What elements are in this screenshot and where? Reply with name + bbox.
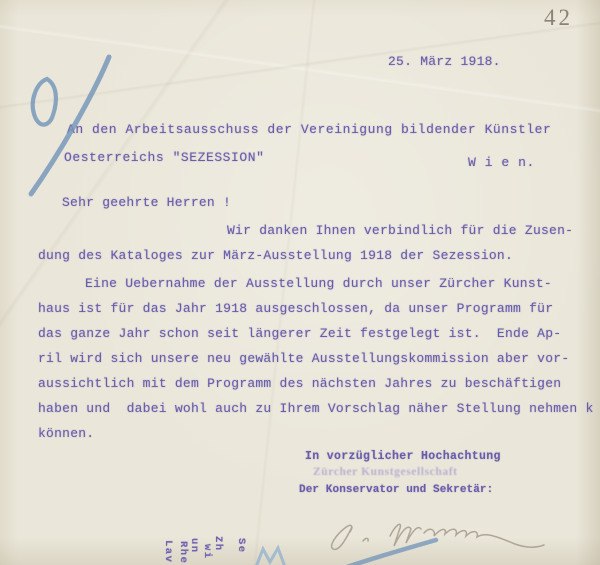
letter-date: 25. März 1918. <box>388 54 501 69</box>
recipient-city: W i e n. <box>468 155 535 170</box>
signature-title: Der Konservator und Sekretär: <box>299 484 493 496</box>
body-line: ril wird sich unsere neu gewählte Ausste… <box>38 351 569 366</box>
body-line: aussichtlich mit dem Programm des nächst… <box>38 376 561 391</box>
salutation: Sehr geehrte Herren ! <box>62 195 231 210</box>
recipient-line-2: Oesterreichs "SEZESSION" <box>64 150 264 165</box>
organization-stamp: Zürcher Kunstgesellschaft <box>313 466 458 478</box>
recipient-line-1: An den Arbeitsausschuss der Vereinigung … <box>67 122 551 137</box>
body-line: können. <box>38 426 94 441</box>
corner-stamp-fragment: wi <box>201 544 213 560</box>
corner-stamp-fragment: Se <box>235 538 247 554</box>
body-line: Wir danken Ihnen verbindlich für die Zus… <box>227 223 573 238</box>
corner-stamp-fragment: Zh <box>212 536 224 552</box>
corner-stamp-fragment: Rhe <box>177 541 189 564</box>
closing-formula: In vorzüglicher Hochachtung <box>305 450 501 463</box>
blue-pencil-stroke <box>344 540 436 565</box>
body-line: Eine Uebernahme der Ausstellung durch un… <box>85 276 552 291</box>
corner-stamp-fragment: Lav <box>162 540 174 563</box>
body-line: dung des Kataloges zur März-Ausstellung … <box>38 248 513 263</box>
folio-number: 42 <box>544 5 573 31</box>
body-line: das ganze Jahr schon seit längerer Zeit … <box>38 326 561 341</box>
scanned-letter-page: 42 25. März 1918. An den Arbeitsausschus… <box>0 0 600 565</box>
body-line: haus ist für das Jahr 1918 ausgeschlosse… <box>38 301 553 316</box>
body-line: haben und dabei wohl auch zu Ihrem Vorsc… <box>38 401 594 416</box>
blue-pencil-m-mark <box>256 548 285 565</box>
pencil-signature <box>332 524 544 549</box>
corner-stamp-fragment: un <box>188 538 200 554</box>
